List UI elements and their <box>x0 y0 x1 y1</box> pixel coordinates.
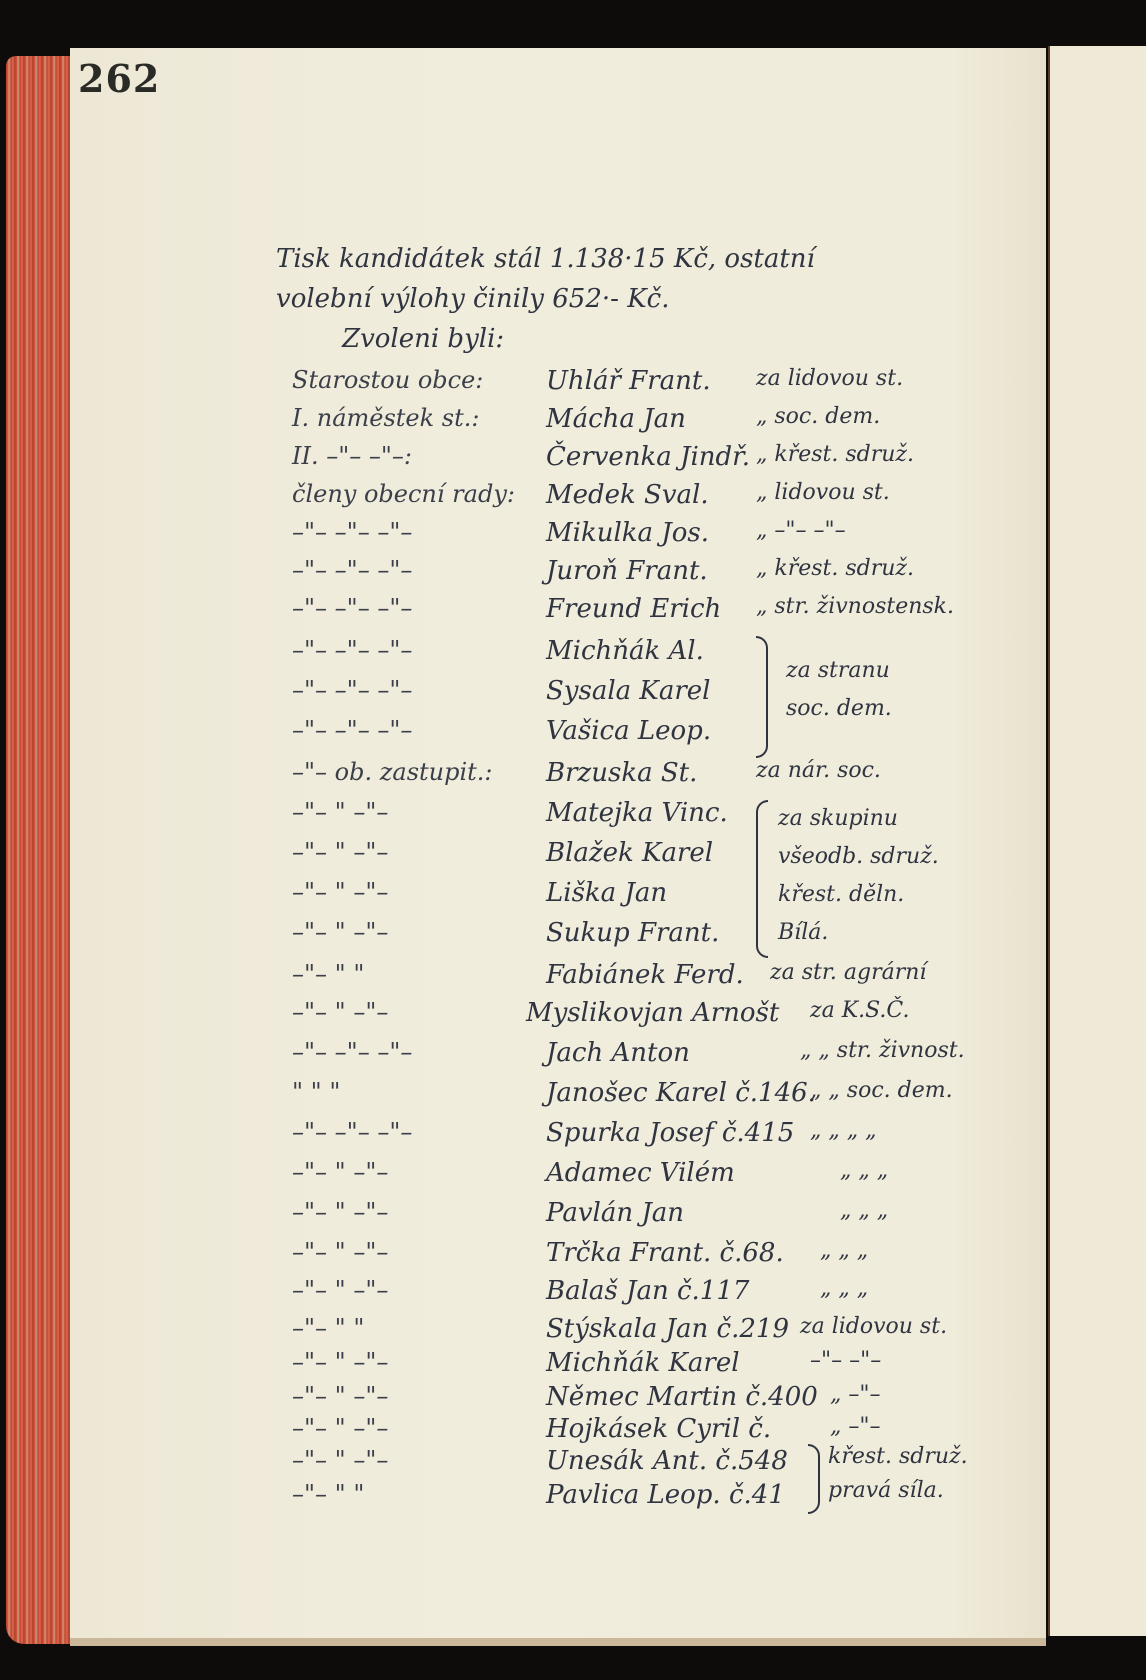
entry-name: Stýskala Jan č.219 <box>546 1314 789 1344</box>
list-item: Starostou obce:Uhlář Frant.za lidovou st… <box>70 366 1046 406</box>
list-item: –"– –"– –"–Mikulka Jos.„ –"– –"– <box>70 518 1046 558</box>
group-note-line: křest. sdruž. <box>828 1440 968 1474</box>
entry-role: –"– –"– –"– <box>292 518 412 546</box>
list-item: –"– –"– –"–Michňák Al. <box>70 636 1046 676</box>
entry-role: –"– " –"– <box>292 1446 388 1474</box>
entry-role: II. –"– –"–: <box>292 442 412 470</box>
entry-party: „ „ „ <box>820 1276 868 1301</box>
intro-line-1: Tisk kandidátek stál 1.138·15 Kč, ostatn… <box>276 244 815 274</box>
entry-role: –"– ob. zastupit.: <box>292 758 493 786</box>
list-item: –"– –"– –"–Sysala Karel <box>70 676 1046 716</box>
entry-party: „ „ „ „ <box>810 1118 877 1143</box>
entry-role: –"– " –"– <box>292 1414 388 1442</box>
entry-role: –"– " " <box>292 1314 364 1342</box>
intro-line-2: volební výlohy činily 652·- Kč. <box>276 284 669 314</box>
entry-name: Sysala Karel <box>546 676 710 706</box>
entry-role: –"– " –"– <box>292 1382 388 1410</box>
entry-name: Fabiánek Ferd. <box>546 960 744 990</box>
entry-party: „ „ „ <box>840 1158 888 1183</box>
entry-name: Liška Jan <box>546 878 667 908</box>
page-number: 262 <box>78 56 160 101</box>
entry-name: Trčka Frant. č.68. <box>546 1238 784 1268</box>
entry-role: –"– –"– –"– <box>292 636 412 664</box>
entry-name: Mácha Jan <box>546 404 686 434</box>
list-item: I. náměstek st.:Mácha Jan„ soc. dem. <box>70 404 1046 444</box>
bracket-icon <box>756 636 768 758</box>
group-note-line: pravá síla. <box>828 1474 968 1508</box>
entry-party: za str. agrární <box>770 960 926 985</box>
list-item: –"– " –"–Adamec Vilém„ „ „ <box>70 1158 1046 1198</box>
entry-party: „ soc. dem. <box>756 404 880 429</box>
group-note: za skupinu všeodb. sdruž. křest. děln. B… <box>778 800 939 952</box>
entry-role: –"– –"– –"– <box>292 676 412 704</box>
book-page-edges <box>6 56 76 1644</box>
entry-role: –"– " –"– <box>292 998 388 1026</box>
entry-name: Vašica Leop. <box>546 716 711 746</box>
list-item: –"– " –"–Myslikovjan Arnoštza K.S.Č. <box>70 998 1046 1038</box>
entry-name: Pavlán Jan <box>546 1198 684 1228</box>
group-note-line: za stranu <box>786 652 892 690</box>
entry-name: Medek Sval. <box>546 480 709 510</box>
adjacent-page <box>1048 46 1146 1636</box>
entry-name: Janošec Karel č.146. <box>546 1078 816 1108</box>
list-item: –"– " "Fabiánek Ferd.za str. agrární <box>70 960 1046 1000</box>
group-note-line: všeodb. sdruž. <box>778 838 939 876</box>
list-item: –"– –"– –"–Vašica Leop. <box>70 716 1046 756</box>
entry-name: Adamec Vilém <box>546 1158 735 1188</box>
entry-name: Spurka Josef č.415 <box>546 1118 794 1148</box>
list-item: –"– ob. zastupit.:Brzuska St.za nár. soc… <box>70 758 1046 798</box>
entry-name: Blažek Karel <box>546 838 713 868</box>
list-item: –"– –"– –"–Juroň Frant.„ křest. sdruž. <box>70 556 1046 596</box>
group-note-line: Bílá. <box>778 914 939 952</box>
entry-role: –"– " –"– <box>292 1158 388 1186</box>
entry-party: „ křest. sdruž. <box>756 556 914 581</box>
group-note-line: za skupinu <box>778 800 939 838</box>
entry-party: „ „ str. živnost. <box>800 1038 965 1063</box>
list-item: –"– –"– –"–Spurka Josef č.415„ „ „ „ <box>70 1118 1046 1158</box>
entry-party: „ „ soc. dem. <box>810 1078 953 1103</box>
entry-role: –"– " –"– <box>292 1238 388 1266</box>
entry-role: –"– –"– –"– <box>292 716 412 744</box>
entry-role: členy obecní rady: <box>292 480 515 508</box>
entry-role: –"– " –"– <box>292 918 388 946</box>
entry-role: I. náměstek st.: <box>292 404 479 432</box>
entry-party: za lidovou st. <box>800 1314 947 1339</box>
list-item: –"– " –"–Trčka Frant. č.68.„ „ „ <box>70 1238 1046 1278</box>
list-item: " " "Janošec Karel č.146.„ „ soc. dem. <box>70 1078 1046 1118</box>
group-note: za stranu soc. dem. <box>786 652 892 728</box>
entry-party: za nár. soc. <box>756 758 881 783</box>
entry-party: „ –"– <box>830 1382 881 1407</box>
list-item: –"– " –"–Pavlán Jan„ „ „ <box>70 1198 1046 1238</box>
entry-name: Hojkásek Cyril č. <box>546 1414 771 1444</box>
entry-role: " " " <box>292 1078 340 1106</box>
entry-role: –"– –"– –"– <box>292 1038 412 1066</box>
entry-role: –"– –"– –"– <box>292 594 412 622</box>
entry-name: Juroň Frant. <box>546 556 708 586</box>
intro-heading: Zvoleni byli: <box>342 324 504 354</box>
entry-name: Červenka Jindř. <box>546 442 750 472</box>
entry-party: „ „ „ <box>820 1238 868 1263</box>
entry-name: Pavlica Leop. č.41 <box>546 1480 785 1510</box>
entry-role: –"– –"– –"– <box>292 1118 412 1146</box>
bracket-icon <box>808 1444 820 1514</box>
entry-role: Starostou obce: <box>292 366 483 394</box>
entry-role: –"– " –"– <box>292 798 388 826</box>
entry-name: Michňák Karel <box>546 1348 740 1378</box>
list-item: členy obecní rady:Medek Sval.„ lidovou s… <box>70 480 1046 520</box>
list-item: –"– " –"–Balaš Jan č.117„ „ „ <box>70 1276 1046 1316</box>
entry-party: –"– –"– <box>810 1348 881 1373</box>
entry-name: Balaš Jan č.117 <box>546 1276 749 1306</box>
group-note-line: soc. dem. <box>786 690 892 728</box>
entry-name: Sukup Frant. <box>546 918 719 948</box>
entry-role: –"– –"– –"– <box>292 556 412 584</box>
entry-name: Matejka Vinc. <box>546 798 728 828</box>
list-item: II. –"– –"–:Červenka Jindř.„ křest. sdru… <box>70 442 1046 482</box>
entry-role: –"– " " <box>292 960 364 988</box>
entry-party: za K.S.Č. <box>810 998 909 1023</box>
entry-party: za lidovou st. <box>756 366 903 391</box>
entry-party: „ –"– <box>830 1414 881 1439</box>
entry-name: Němec Martin č.400 <box>546 1382 818 1412</box>
entry-role: –"– " –"– <box>292 1198 388 1226</box>
entry-role: –"– " –"– <box>292 838 388 866</box>
entry-role: –"– " –"– <box>292 878 388 906</box>
entry-name: Unesák Ant. č.548 <box>546 1446 788 1476</box>
list-item: –"– –"– –"–Freund Erich„ str. živnostens… <box>70 594 1046 634</box>
bracket-icon <box>756 800 768 958</box>
entry-name: Jach Anton <box>546 1038 690 1068</box>
ledger-page: 262 Tisk kandidátek stál 1.138·15 Kč, os… <box>70 48 1046 1646</box>
entry-party: „ „ „ <box>840 1198 888 1223</box>
entry-name: Uhlář Frant. <box>546 366 711 396</box>
group-note-line: křest. děln. <box>778 876 939 914</box>
entry-role: –"– " –"– <box>292 1348 388 1376</box>
entry-party: „ křest. sdruž. <box>756 442 914 467</box>
entry-role: –"– " –"– <box>292 1276 388 1304</box>
entry-party: „ str. živnostensk. <box>756 594 954 619</box>
entry-name: Myslikovjan Arnošt <box>526 998 779 1028</box>
entry-role: –"– " " <box>292 1480 364 1508</box>
entry-name: Freund Erich <box>546 594 721 624</box>
entry-name: Brzuska St. <box>546 758 697 788</box>
entry-name: Mikulka Jos. <box>546 518 709 548</box>
group-note: křest. sdruž. pravá síla. <box>828 1440 968 1508</box>
entry-party: „ lidovou st. <box>756 480 890 505</box>
entry-party: „ –"– –"– <box>756 518 846 543</box>
list-item: –"– –"– –"–Jach Anton„ „ str. živnost. <box>70 1038 1046 1078</box>
entry-name: Michňák Al. <box>546 636 704 666</box>
